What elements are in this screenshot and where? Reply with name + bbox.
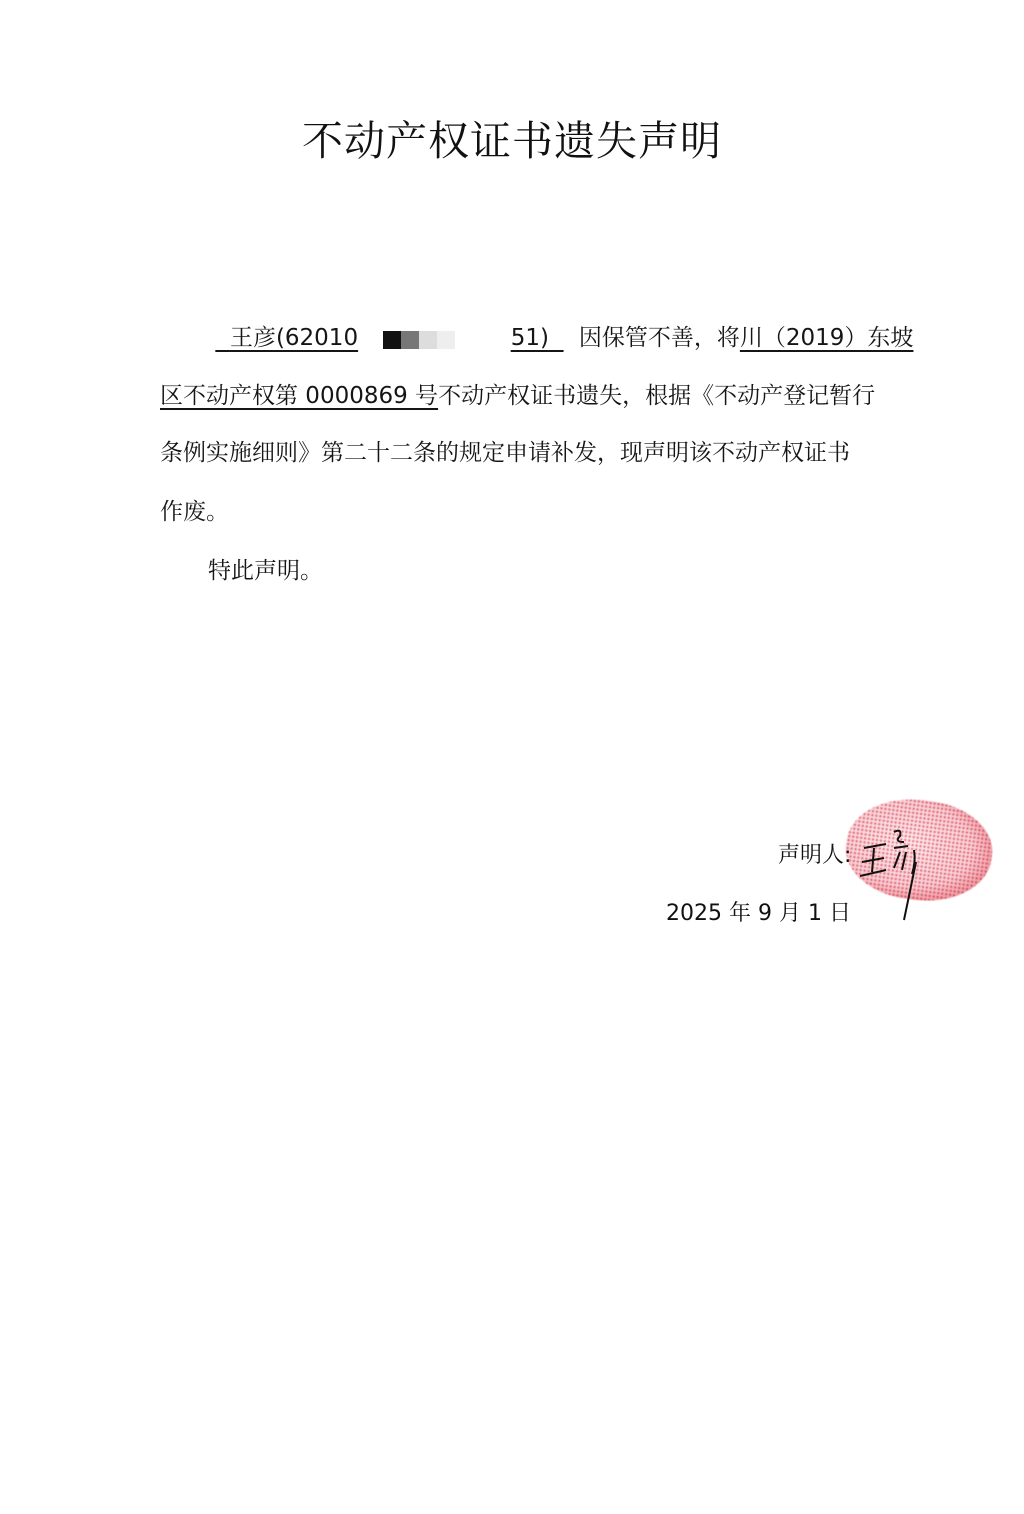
certificate-number-part1: 川（2019）东坡 [740,325,914,351]
declarant-label: 声明人: [778,838,851,869]
redacted-id-number [369,327,499,351]
closing-statement: 特此声明。 [208,556,323,586]
body-line-3: 条例实施细则》第二十二条的规定申请补发，现声明该不动产权证书 [160,438,850,468]
declarant-name-id: 王彦(62010 [215,325,358,351]
body-line-4: 作废。 [160,497,229,527]
declaration-date: 2025 年 9 月 1 日 [666,896,851,927]
body-text: 因保管不善，将 [579,325,740,351]
certificate-number-part2: 区不动产权第 0000869 号 [160,383,438,409]
document-title: 不动产权证书遗失声明 [0,108,1024,167]
body-line-1: 王彦(62010 51) 因保管不善，将川（2019）东坡 [160,323,913,353]
declarant-id-suffix: 51) [511,325,564,351]
body-text: 不动产权证书遗失，根据《不动产登记暂行 [438,383,875,409]
body-line-2: 区不动产权第 0000869 号不动产权证书遗失，根据《不动产登记暂行 [160,381,875,411]
handwritten-signature [860,812,930,922]
